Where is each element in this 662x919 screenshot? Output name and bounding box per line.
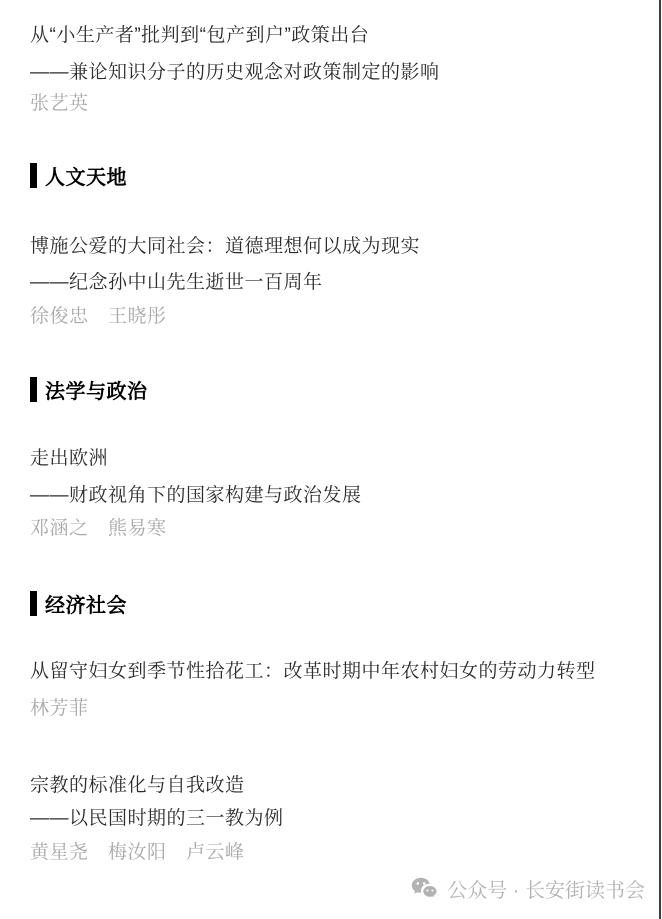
article-title: 从留守妇女到季节性拾花工：改革时期中年农村妇女的劳动力转型 [30,660,596,684]
article-title: 从“小生产者”批判到“包产到户”政策出台 [30,24,369,48]
toc-page: 从“小生产者”批判到“包产到户”政策出台 ——兼论知识分子的历史观念对政策制定的… [0,0,662,919]
article-title: 博施公爱的大同社会：道德理想何以成为现实 [30,235,420,259]
watermark-label: 公众号 · 长安街读书会 [447,874,645,903]
section-header: 法学与政治 [30,375,148,404]
article-subtitle: ——纪念孙中山先生逝世一百周年 [30,271,323,295]
section-marker-bar [30,163,37,188]
section-header: 人文天地 [30,161,127,190]
watermark: 公众号 · 长安街读书会 [411,874,645,903]
article-authors: 徐俊忠 王晓彤 [30,305,167,329]
section-label: 人文天地 [45,161,127,190]
article-authors: 林芳菲 [30,697,89,721]
page-right-border [659,0,661,919]
article-title: 走出欧洲 [30,447,108,471]
article-authors: 黄星尧 梅汝阳 卢云峰 [30,841,245,865]
section-label: 经济社会 [45,589,127,618]
wechat-icon [411,877,438,901]
article-subtitle: ——以民国时期的三一教为例 [30,807,284,831]
section-marker-bar [30,591,37,616]
article-title: 宗教的标准化与自我改造 [30,774,245,798]
section-header: 经济社会 [30,589,127,618]
article-subtitle: ——财政视角下的国家构建与政治发展 [30,484,362,508]
article-subtitle: ——兼论知识分子的历史观念对政策制定的影响 [30,61,440,85]
section-marker-bar [30,377,37,402]
article-authors: 张艺英 [30,92,89,116]
section-label: 法学与政治 [45,375,148,404]
article-authors: 邓涵之 熊易寒 [30,517,167,541]
